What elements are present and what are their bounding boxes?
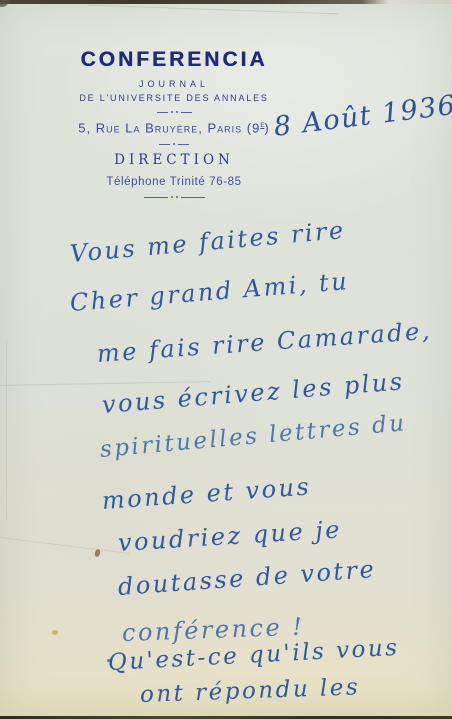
handwritten-line: monde et vous [101, 472, 312, 515]
handwritten-line: vous écrivez les plus [101, 367, 406, 419]
scan-corner-mark [0, 0, 9, 7]
paper-speck [52, 630, 58, 635]
divider-dash [159, 144, 170, 145]
address-text: 5, Rue La Bruyère, Paris (9 [78, 120, 260, 135]
divider-dash [144, 197, 168, 198]
divider-dot [176, 111, 178, 113]
divider-dash [157, 112, 168, 113]
letterhead-journal-line: JOURNAL [28, 79, 320, 89]
divider-dash [181, 197, 205, 198]
letterhead-divider [28, 196, 320, 198]
divider-dot [176, 196, 178, 198]
handwritten-line: doutasse de votre [117, 555, 377, 601]
address-close: ) [264, 120, 269, 135]
handwritten-line: Vous me faites rire [69, 216, 347, 268]
paper-crease [0, 537, 129, 554]
ink-speck [107, 659, 110, 662]
letter-scan: CONFERENCIA JOURNAL DE L'UNIVERSITE DES … [0, 0, 452, 719]
letterhead-direction: DIRECTION [28, 152, 320, 168]
handwritten-line: voudriez que je [117, 515, 343, 557]
divider-dot [173, 143, 175, 145]
letterhead-telephone: Téléphone Trinité 76-85 [28, 176, 320, 188]
paper-crease [6, 340, 7, 520]
handwritten-line: spirituelles lettres du [99, 410, 408, 463]
paper-speck [94, 548, 101, 557]
divider-dash [181, 112, 192, 113]
letterhead-university-line: DE L'UNIVERSITE DES ANNALES [28, 93, 320, 103]
handwritten-line: Cher grand Ami, tu [69, 267, 350, 317]
divider-dot [171, 196, 173, 198]
scan-edge-top [0, 0, 452, 4]
paper-crease [88, 5, 338, 15]
handwritten-line: me fais rire Camarade, [96, 317, 433, 368]
divider-dot [171, 111, 173, 113]
handwritten-line: ont répondu les [140, 674, 361, 708]
divider-dash [178, 144, 189, 145]
letterhead-title: CONFERENCIA [28, 48, 320, 72]
letterhead-divider [28, 143, 320, 145]
